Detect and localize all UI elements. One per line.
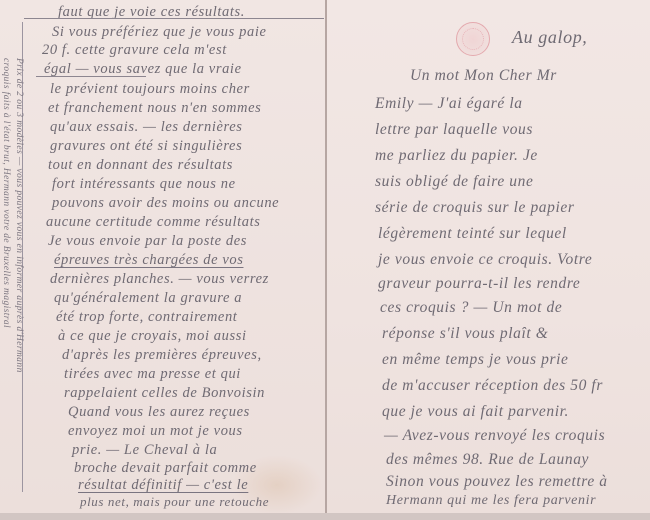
- left-line-10: fort intéressants que nous ne: [52, 177, 236, 192]
- right-line-13: en même temps je vous prie: [382, 352, 568, 368]
- left-line-20: tirées avec ma presse et qui: [64, 367, 241, 382]
- left-line-14: épreuves très chargées de vos: [54, 253, 243, 268]
- left-line-26: résultat définitif — c'est le: [78, 478, 248, 493]
- left-line-2: Si vous préfériez que je vous paie: [52, 25, 267, 40]
- right-line-6: suis obligé de faire une: [375, 174, 533, 190]
- right-line-18: Sinon vous pouvez les remettre à: [386, 474, 608, 490]
- left-line-15: dernières planches. — vous verrez: [50, 272, 269, 287]
- right-line-5: me parliez du papier. Je: [375, 148, 538, 164]
- left-line-24: prie. — Le Cheval à la: [72, 443, 217, 458]
- left-line-17: été trop forte, contrairement: [56, 310, 237, 325]
- right-line-8: légèrement teinté sur lequel: [378, 226, 567, 242]
- right-line-3: Emily — J'ai égaré la: [375, 96, 523, 112]
- right-line-15: que je vous ai fait parvenir.: [382, 404, 569, 420]
- red-circular-stamp-icon: [456, 22, 490, 56]
- left-line-6: et franchement nous n'en sommes: [48, 101, 261, 116]
- left-line-16: qu'généralement la gravure a: [54, 291, 242, 306]
- left-line-3: 20 f. cette gravure cela m'est: [42, 43, 227, 58]
- left-line-4: égal — vous savez que la vraie: [44, 62, 242, 77]
- right-line-19: Hermann qui me les fera parvenir: [386, 494, 596, 508]
- left-line-13: Je vous envoie par la poste des: [48, 234, 247, 249]
- left-line-11: pouvons avoir des moins ou ancune: [52, 196, 279, 211]
- left-line-23: envoyez moi un mot je vous: [68, 424, 243, 439]
- left-line-19: d'après les premières épreuves,: [62, 348, 262, 363]
- scanned-letter: Prix de 2 ou 3 modèles — vous pouvez vou…: [0, 0, 650, 520]
- margin-note-line-2: croquis faits à l'état brut, Hermann vot…: [1, 58, 11, 328]
- right-line-16: — Avez-vous renvoyé les croquis: [384, 428, 605, 444]
- left-line-21: rappelaient celles de Bonvoisin: [64, 386, 265, 401]
- left-line-12: aucune certitude comme résultats: [46, 215, 261, 230]
- right-line-salutation-place: Au galop,: [512, 28, 587, 46]
- left-line-27: plus net, mais pour une retouche: [80, 495, 269, 508]
- underline-rule: [36, 76, 146, 77]
- right-line-11: ces croquis ? — Un mot de: [380, 300, 562, 316]
- left-line-18: à ce que je croyais, moi aussi: [58, 329, 247, 344]
- left-line-25: broche devait parfait comme: [74, 461, 257, 476]
- right-line-9: je vous envoie ce croquis. Votre: [378, 252, 592, 268]
- right-line-17: des mêmes 98. Rue de Launay: [386, 452, 589, 468]
- left-line-8: gravures ont été si singulières: [50, 139, 242, 154]
- right-line-4: lettre par laquelle vous: [375, 122, 533, 138]
- right-line-2: Un mot Mon Cher Mr: [410, 68, 557, 84]
- right-line-7: série de croquis sur le papier: [375, 200, 575, 216]
- left-line-9: tout en donnant des résultats: [48, 158, 233, 173]
- page-fold: [325, 0, 327, 516]
- right-line-12: réponse s'il vous plaît &: [382, 326, 548, 342]
- left-line-7: qu'aux essais. — les dernières: [50, 120, 243, 135]
- left-line-22: Quand vous les aurez reçues: [68, 405, 250, 420]
- underline-rule: [24, 18, 324, 19]
- right-line-10: graveur pourra-t-il les rendre: [378, 276, 580, 292]
- right-line-14: de m'accuser réception des 50 fr: [382, 378, 603, 394]
- paper-bottom-edge: [0, 513, 650, 520]
- margin-note-line-1: Prix de 2 ou 3 modèles — vous pouvez vou…: [14, 58, 24, 373]
- left-line-5: le prévient toujours moins cher: [50, 82, 250, 97]
